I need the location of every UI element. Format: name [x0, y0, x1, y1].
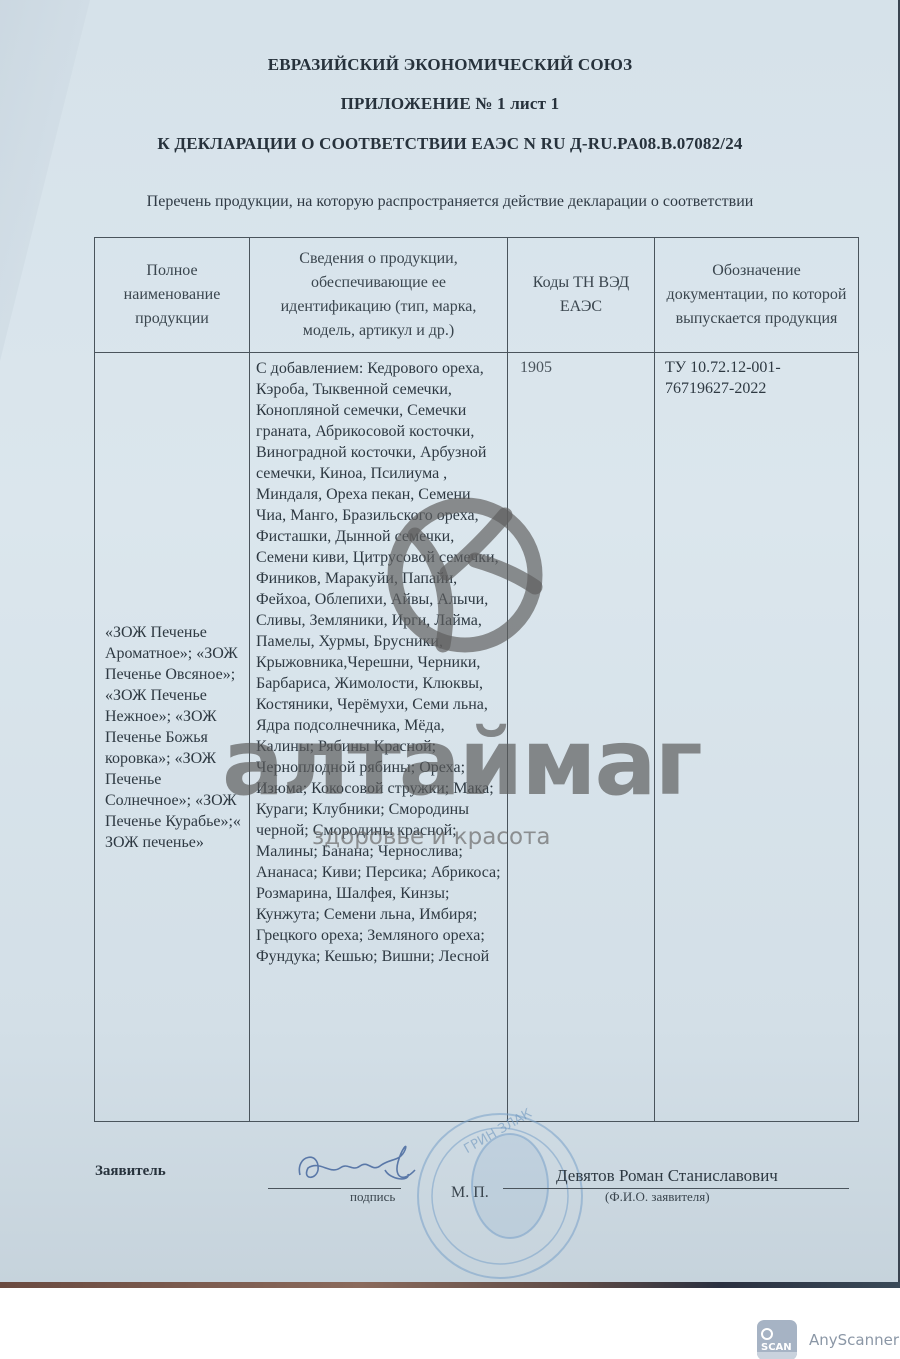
table-header-row: Полное наименование продукции Сведения о… [95, 238, 859, 353]
name-caption: (Ф.И.О. заявителя) [605, 1189, 710, 1205]
scanner-watermark: SCAN AnyScanner [757, 1320, 899, 1359]
signature-caption: подпись [350, 1189, 395, 1205]
scanner-app-name: AnyScanner [809, 1331, 899, 1349]
product-table: Полное наименование продукции Сведения о… [94, 237, 859, 1122]
column-header-info: Сведения о продукции, обеспечивающие ее … [250, 238, 508, 353]
applicant-label: Заявитель [95, 1163, 166, 1180]
column-header-doc: Обозначение документации, по которой вып… [655, 238, 859, 353]
declaration-title: К ДЕКЛАРАЦИИ О СООТВЕТСТВИИ ЕАЭС N RU Д-… [0, 134, 900, 154]
column-header-code: Коды ТН ВЭД ЕАЭС [508, 238, 655, 353]
appendix-title: ПРИЛОЖЕНИЕ № 1 лист 1 [0, 94, 900, 114]
document-page: ЕВРАЗИЙСКИЙ ЭКОНОМИЧЕСКИЙ СОЮЗ ПРИЛОЖЕНИ… [0, 0, 900, 1284]
scan-app-icon: SCAN [757, 1320, 797, 1359]
watermark-tagline: здоровье и красота [312, 826, 551, 849]
scan-badge-label: SCAN [761, 1342, 792, 1353]
watermark-brand: алтаймаг [222, 717, 701, 809]
union-title: ЕВРАЗИЙСКИЙ ЭКОНОМИЧЕСКИЙ СОЮЗ [0, 55, 900, 75]
company-stamp-icon: ГРИН ЗЛАК [410, 1106, 590, 1284]
applicant-name: Девятов Роман Станиславович [556, 1166, 778, 1186]
signature-icon [290, 1140, 430, 1190]
seal-label: М. П. [451, 1184, 489, 1202]
column-header-name: Полное наименование продукции [95, 238, 250, 353]
watermark-logo-icon [385, 495, 545, 655]
page-bottom-edge [0, 1282, 900, 1288]
product-list-subtitle: Перечень продукции, на которую распростр… [0, 193, 900, 211]
